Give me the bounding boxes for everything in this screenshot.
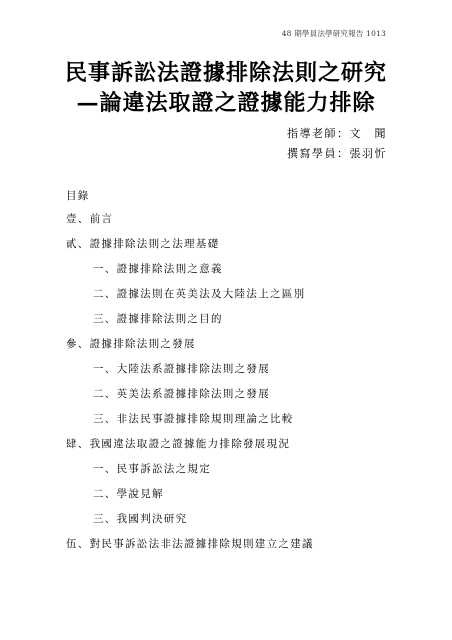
toc-item: 三、非法民事證據排除規則理論之比較: [66, 412, 314, 437]
toc-item: 參、證據排除法則之發展: [66, 337, 314, 362]
student-line: 撰寫學員：張羽忻: [287, 144, 387, 164]
advisor-line: 指導老師：文 聞: [287, 124, 387, 144]
toc-item: 三、我國判決研究: [66, 512, 314, 537]
toc-item: 一、證據排除法則之意義: [66, 262, 314, 287]
title-block: 民事訴訟法證據排除法則之研究 —論違法取證之證據能力排除: [0, 58, 452, 118]
author-block: 指導老師：文 聞 撰寫學員：張羽忻: [287, 124, 387, 164]
toc-heading: 目錄: [66, 189, 314, 212]
toc-item: 三、證據排除法則之目的: [66, 312, 314, 337]
toc-item: 二、英美法系證據排除法則之發展: [66, 387, 314, 412]
toc-item: 二、證據法則在英美法及大陸法上之區別: [66, 287, 314, 312]
toc-item: 壹、前言: [66, 212, 314, 237]
table-of-contents: 目錄 壹、前言 貳、證據排除法則之法理基礎 一、證據排除法則之意義 二、證據法則…: [66, 189, 314, 562]
running-head: 48 期學員法學研究報告 1013: [282, 28, 386, 39]
toc-item: 肆、我國違法取證之證據能力排除發展現況: [66, 437, 314, 462]
document-title: 民事訴訟法證據排除法則之研究: [0, 58, 452, 88]
toc-item: 一、民事訴訟法之規定: [66, 462, 314, 487]
toc-item: 一、大陸法系證據排除法則之發展: [66, 362, 314, 387]
toc-item: 二、學說見解: [66, 487, 314, 512]
document-subtitle: —論違法取證之證據能力排除: [0, 88, 452, 118]
toc-item: 伍、對民事訴訟法非法證據排除規則建立之建議: [66, 537, 314, 562]
toc-item: 貳、證據排除法則之法理基礎: [66, 237, 314, 262]
